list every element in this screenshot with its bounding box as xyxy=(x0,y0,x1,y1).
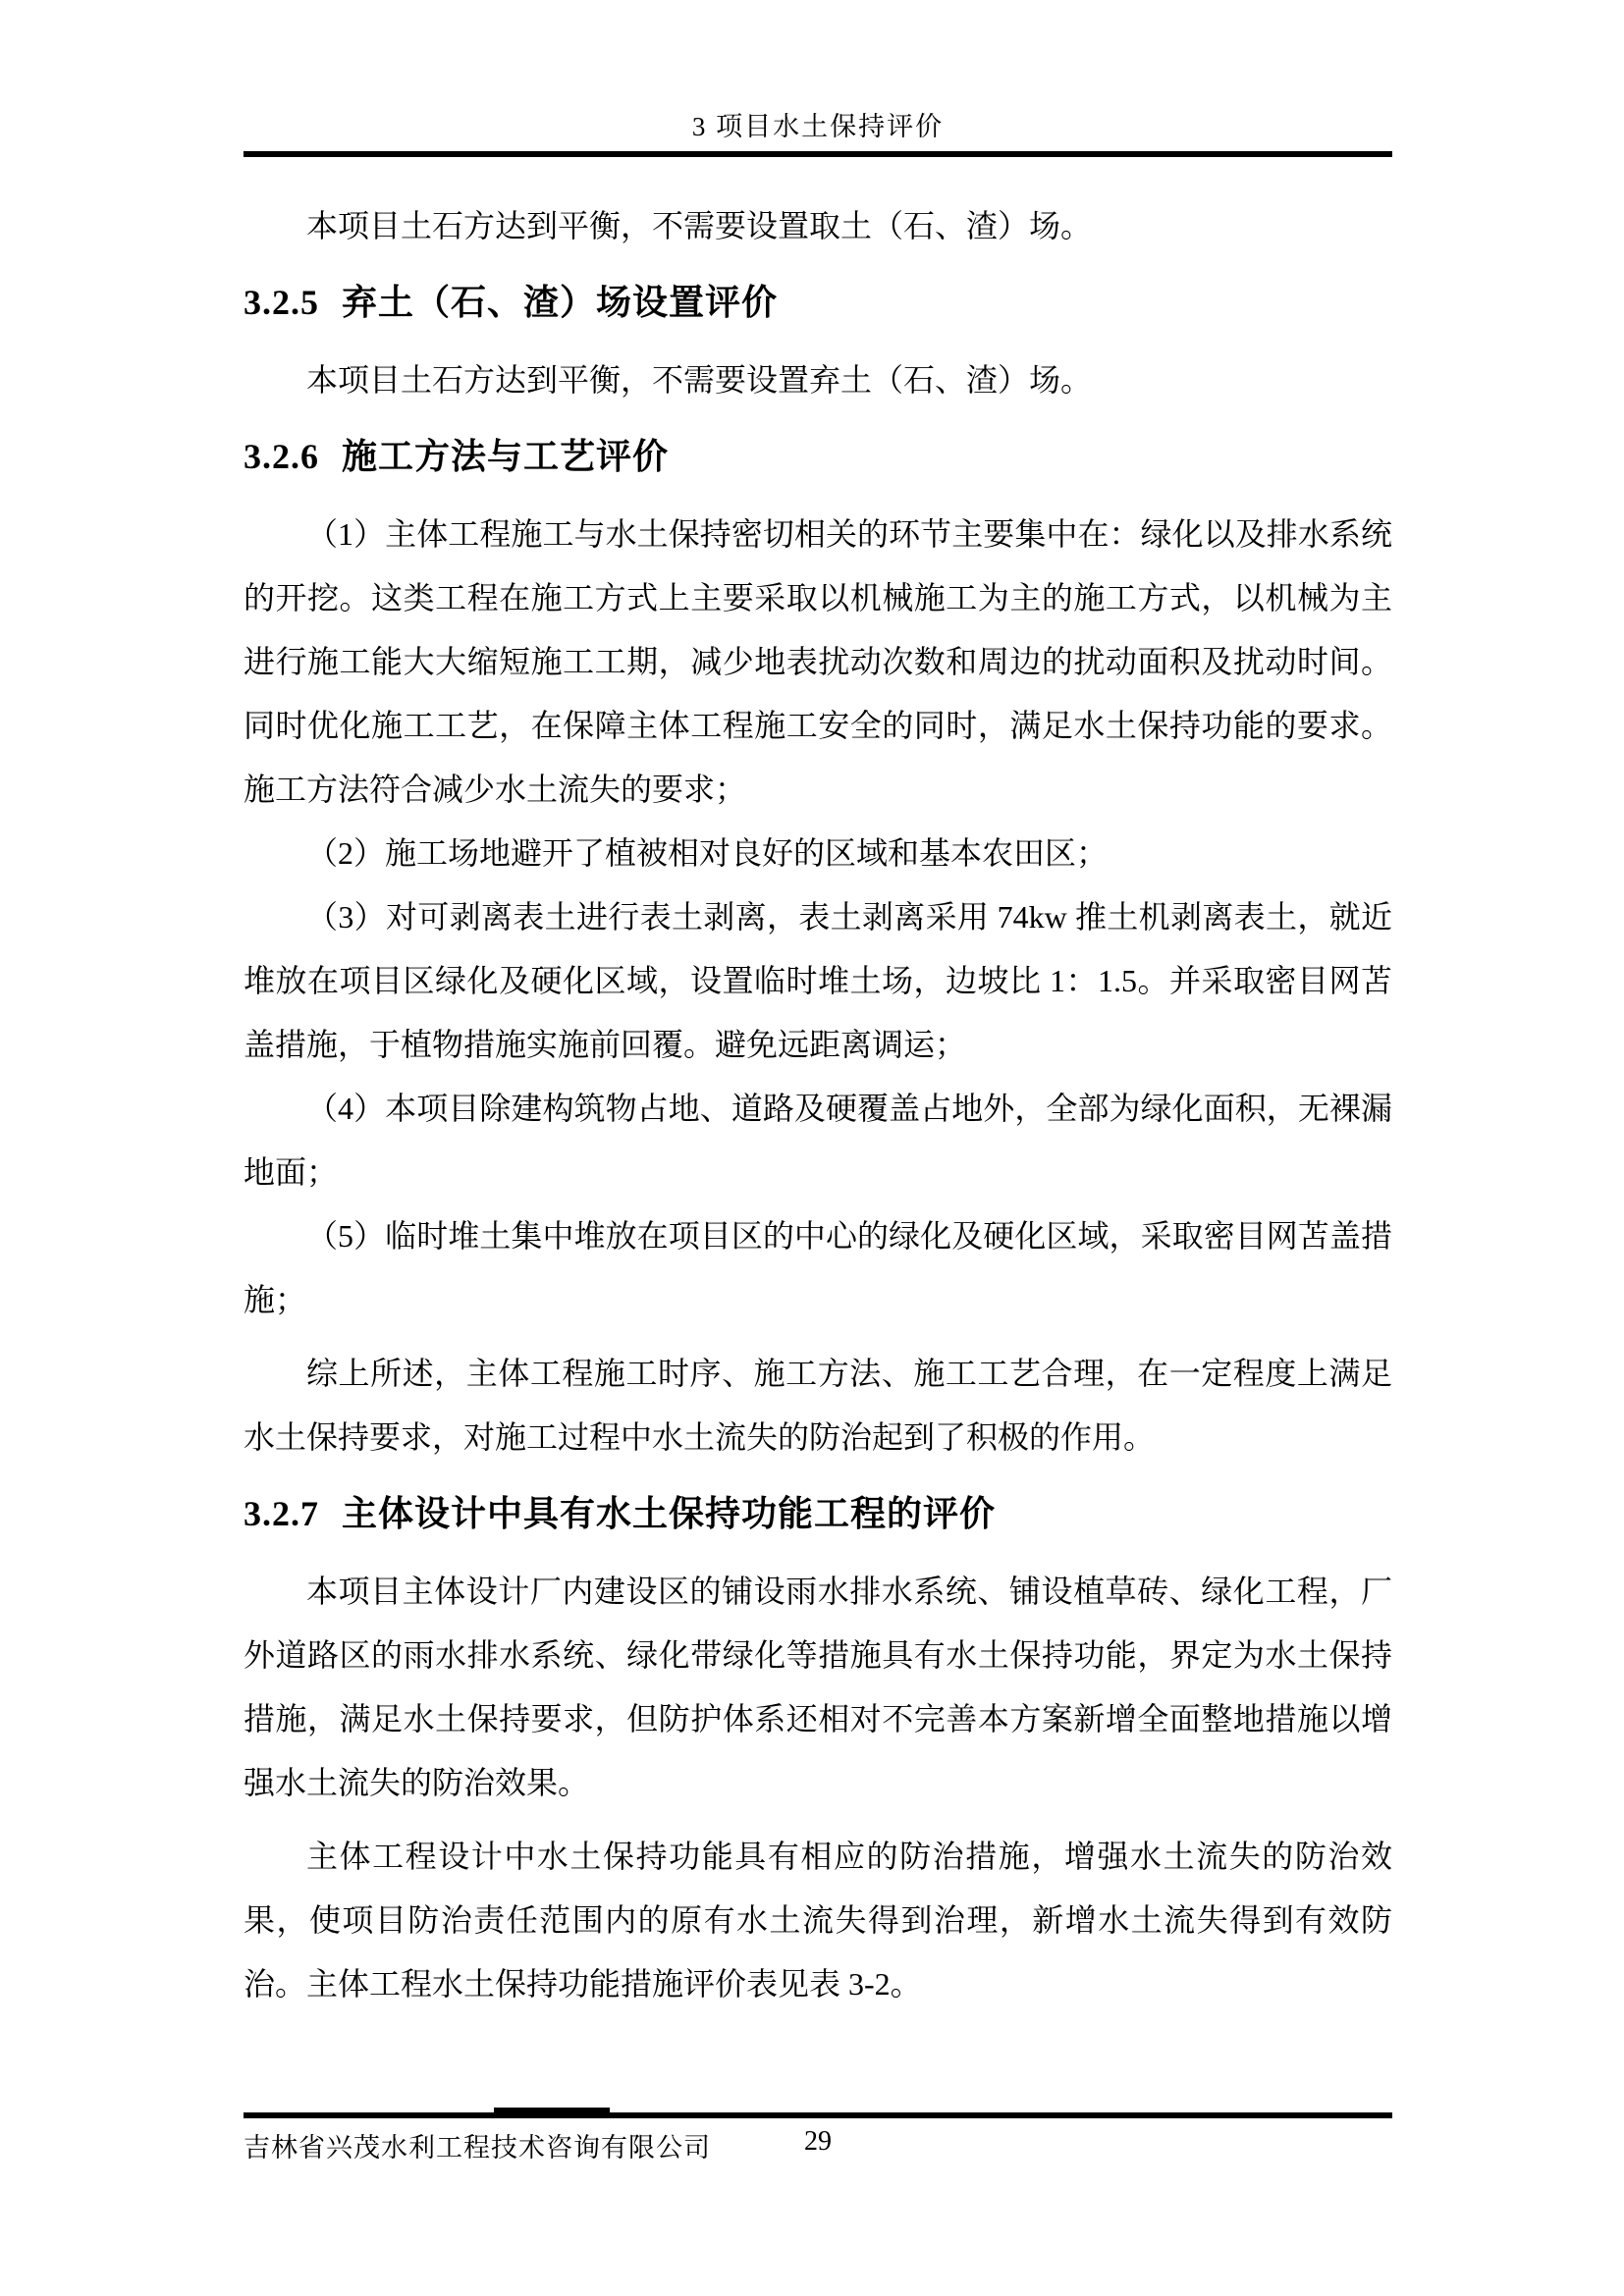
section-heading-3-2-6: 3.2.6 施工方法与工艺评价 xyxy=(244,434,1392,479)
paragraph-item-1: （1）主体工程施工与水土保持密切相关的环节主要集中在：绿化以及排水系统的开挖。这… xyxy=(244,503,1392,822)
section-number: 3.2.6 xyxy=(244,437,319,476)
page-header: 3 项目水土保持评价 xyxy=(244,0,1392,157)
page-footer: 吉林省兴茂水利工程技术咨询有限公司 29 xyxy=(244,2112,1392,2165)
running-header-title: 3 项目水土保持评价 xyxy=(244,108,1392,145)
header-rule xyxy=(244,151,1392,157)
paragraph-item-2: （2）施工场地避开了植被相对良好的区域和基本农田区； xyxy=(244,822,1392,885)
footer-page-number: 29 xyxy=(244,2126,1392,2158)
paragraph: 本项目主体设计厂内建设区的铺设雨水排水系统、铺设植草砖、绿化工程，厂外道路区的雨… xyxy=(244,1560,1392,1815)
footer-rule-artifact xyxy=(494,2108,610,2114)
section-title: 施工方法与工艺评价 xyxy=(342,436,669,476)
section-title: 弃土（石、渣）场设置评价 xyxy=(342,282,778,322)
paragraph-item-3: （3）对可剥离表土进行表土剥离，表土剥离采用 74kw 推土机剥离表土，就近堆放… xyxy=(244,885,1392,1077)
page-content: 本项目土石方达到平衡，不需要设置取土（石、渣）场。 3.2.5 弃土（石、渣）场… xyxy=(244,194,1392,2016)
section-number: 3.2.5 xyxy=(244,283,319,322)
paragraph: 主体工程设计中水土保持功能具有相应的防治措施，增强水土流失的防治效果，使项目防治… xyxy=(244,1825,1392,2016)
document-page: 3 项目水土保持评价 本项目土石方达到平衡，不需要设置取土（石、渣）场。 3.2… xyxy=(0,0,1624,2296)
paragraph-summary: 综上所述，主体工程施工时序、施工方法、施工工艺合理，在一定程度上满足水土保持要求… xyxy=(244,1342,1392,1469)
section-heading-3-2-7: 3.2.7 主体设计中具有水土保持功能工程的评价 xyxy=(244,1491,1392,1536)
paragraph: 本项目土石方达到平衡，不需要设置取土（石、渣）场。 xyxy=(244,194,1392,258)
section-title: 主体设计中具有水土保持功能工程的评价 xyxy=(342,1493,996,1533)
section-number: 3.2.7 xyxy=(244,1494,319,1533)
footer-rule xyxy=(244,2112,1392,2118)
paragraph-item-4: （4）本项目除建构筑物占地、道路及硬覆盖占地外，全部为绿化面积，无裸漏地面； xyxy=(244,1077,1392,1204)
paragraph: 本项目土石方达到平衡，不需要设置弃土（石、渣）场。 xyxy=(244,348,1392,412)
section-heading-3-2-5: 3.2.5 弃土（石、渣）场设置评价 xyxy=(244,280,1392,325)
paragraph-item-5: （5）临时堆土集中堆放在项目区的中心的绿化及硬化区域，采取密目网苫盖措施； xyxy=(244,1204,1392,1332)
footer-row: 吉林省兴茂水利工程技术咨询有限公司 29 xyxy=(244,2126,1392,2165)
